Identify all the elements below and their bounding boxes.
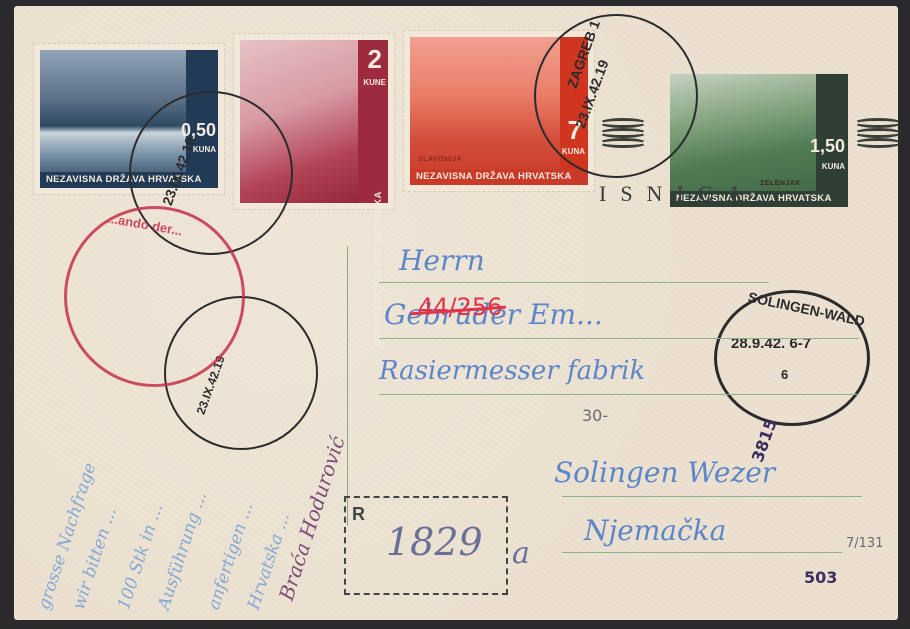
ornament-icon: [854, 114, 902, 152]
address-line-4: Solingen Wezer: [554, 456, 775, 489]
purple-number-stamp: 503: [804, 568, 837, 587]
pencil-reference: 7/131: [846, 536, 883, 551]
address-divider: [347, 246, 348, 526]
postmark-zagreb: ZAGREB 1 23.IX.42.19: [534, 14, 698, 178]
registration-number: 1829: [386, 520, 483, 564]
postmark-solingen: SOLINGEN-WALD 28.9.42. 6-7 6: [714, 290, 870, 426]
address-line-3: Rasiermesser fabrik: [379, 356, 645, 386]
censor-mark: ...ando der...: [64, 206, 245, 387]
address-line-1: Herrn: [399, 244, 485, 277]
purple-code-stamp: 3815: [748, 416, 781, 464]
postcard: 0,50 KUNA NEZAVISNA DRŽAVA HRVATSKA 2 KU…: [14, 6, 898, 620]
pencil-note: 30-: [582, 406, 608, 425]
red-reference-number: 44/256: [418, 293, 502, 321]
address-line-5: Njemačka: [584, 514, 726, 547]
registration-box: R 1829: [344, 496, 508, 595]
card-header: ISNICA: [599, 181, 756, 207]
